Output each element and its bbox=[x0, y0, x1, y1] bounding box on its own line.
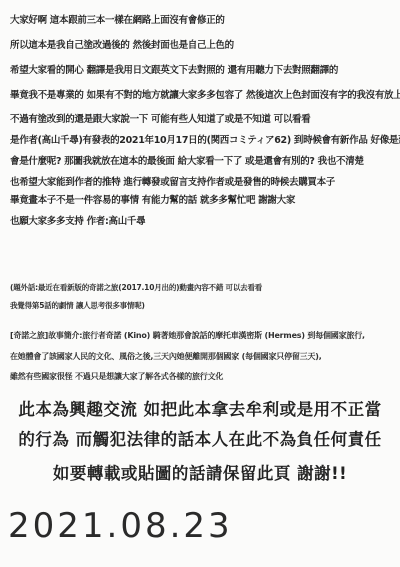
afterword-signature-line: 也願大家多多支持 作者:高山千尋 bbox=[10, 213, 398, 227]
synopsis-line: [奇諾之旅]故事簡介:旅行者奇諾 (Kino) 騎著她那會說話的摩托車漢密斯 (… bbox=[10, 330, 398, 341]
afterword-line: 畢竟我不是專業的 如果有不對的地方就讓大家多多包容了 然後這次上色封面沒有字的我… bbox=[10, 87, 398, 101]
afterword-line: 希望大家看的開心 翻譯是我用日文跟英文下去對照的 還有用聽力下去對照翻譯的 bbox=[10, 62, 398, 76]
date-text: 2021.08.23 bbox=[8, 506, 233, 546]
disclaimer-line: 的行為 而觸犯法律的話本人在此不為負任何責任 bbox=[0, 426, 400, 450]
afterword-line: 大家好啊 這本跟前三本一樣在網路上面沒有會修正的 bbox=[10, 12, 398, 26]
afterword-page: 大家好啊 這本跟前三本一樣在網路上面沒有會修正的 所以這本是我自己塗改過後的 然… bbox=[0, 0, 400, 567]
disclaimer-line: 此本為興趣交流 如把此本拿去牟利或是用不正當 bbox=[0, 396, 400, 420]
disclaimer-line: 如要轉載或貼圖的話請保留此頁 謝謝!! bbox=[0, 460, 400, 484]
afterword-line: 畢竟畫本子不是一件容易的事情 有能力幫的話 就多多幫忙吧 謝謝大家 bbox=[10, 192, 398, 206]
afterword-line: 也希望大家能到作者的推特 進行轉發或留言支持作者或是發售的時候去購買本子 bbox=[10, 174, 398, 188]
synopsis-line: 雖然有些國家很怪 不過只是想讓大家了解各式各樣的旅行文化 bbox=[10, 371, 398, 382]
afterword-line: 會是什麼呢? 那圖我就放在這本的最後面 給大家看一下了 或是還會有別的? 我也不… bbox=[10, 153, 398, 167]
afterword-line: 是作者(高山千尋)有發表的2021年10月17日的(関西コミティア62) 到時候… bbox=[10, 132, 398, 146]
side-note-line: (題外話:最近在看新版的奇諾之旅(2017.10月出的)動畫內容不錯 可以去看看 bbox=[10, 282, 398, 293]
synopsis-line: 在她體會了該國家人民的文化、風俗之後,三天內她便離開那個國家 (每個國家只停留三… bbox=[10, 351, 398, 362]
side-note-line: 我覺得第5話的劇情 讓人思考很多事情呢) bbox=[10, 300, 398, 311]
afterword-line: 不過有塗改到的還是跟大家說一下 可能有些人知道了或是不知道 可以看看 bbox=[10, 111, 398, 125]
afterword-line: 所以這本是我自己塗改過後的 然後封面也是自己上色的 bbox=[10, 37, 398, 51]
